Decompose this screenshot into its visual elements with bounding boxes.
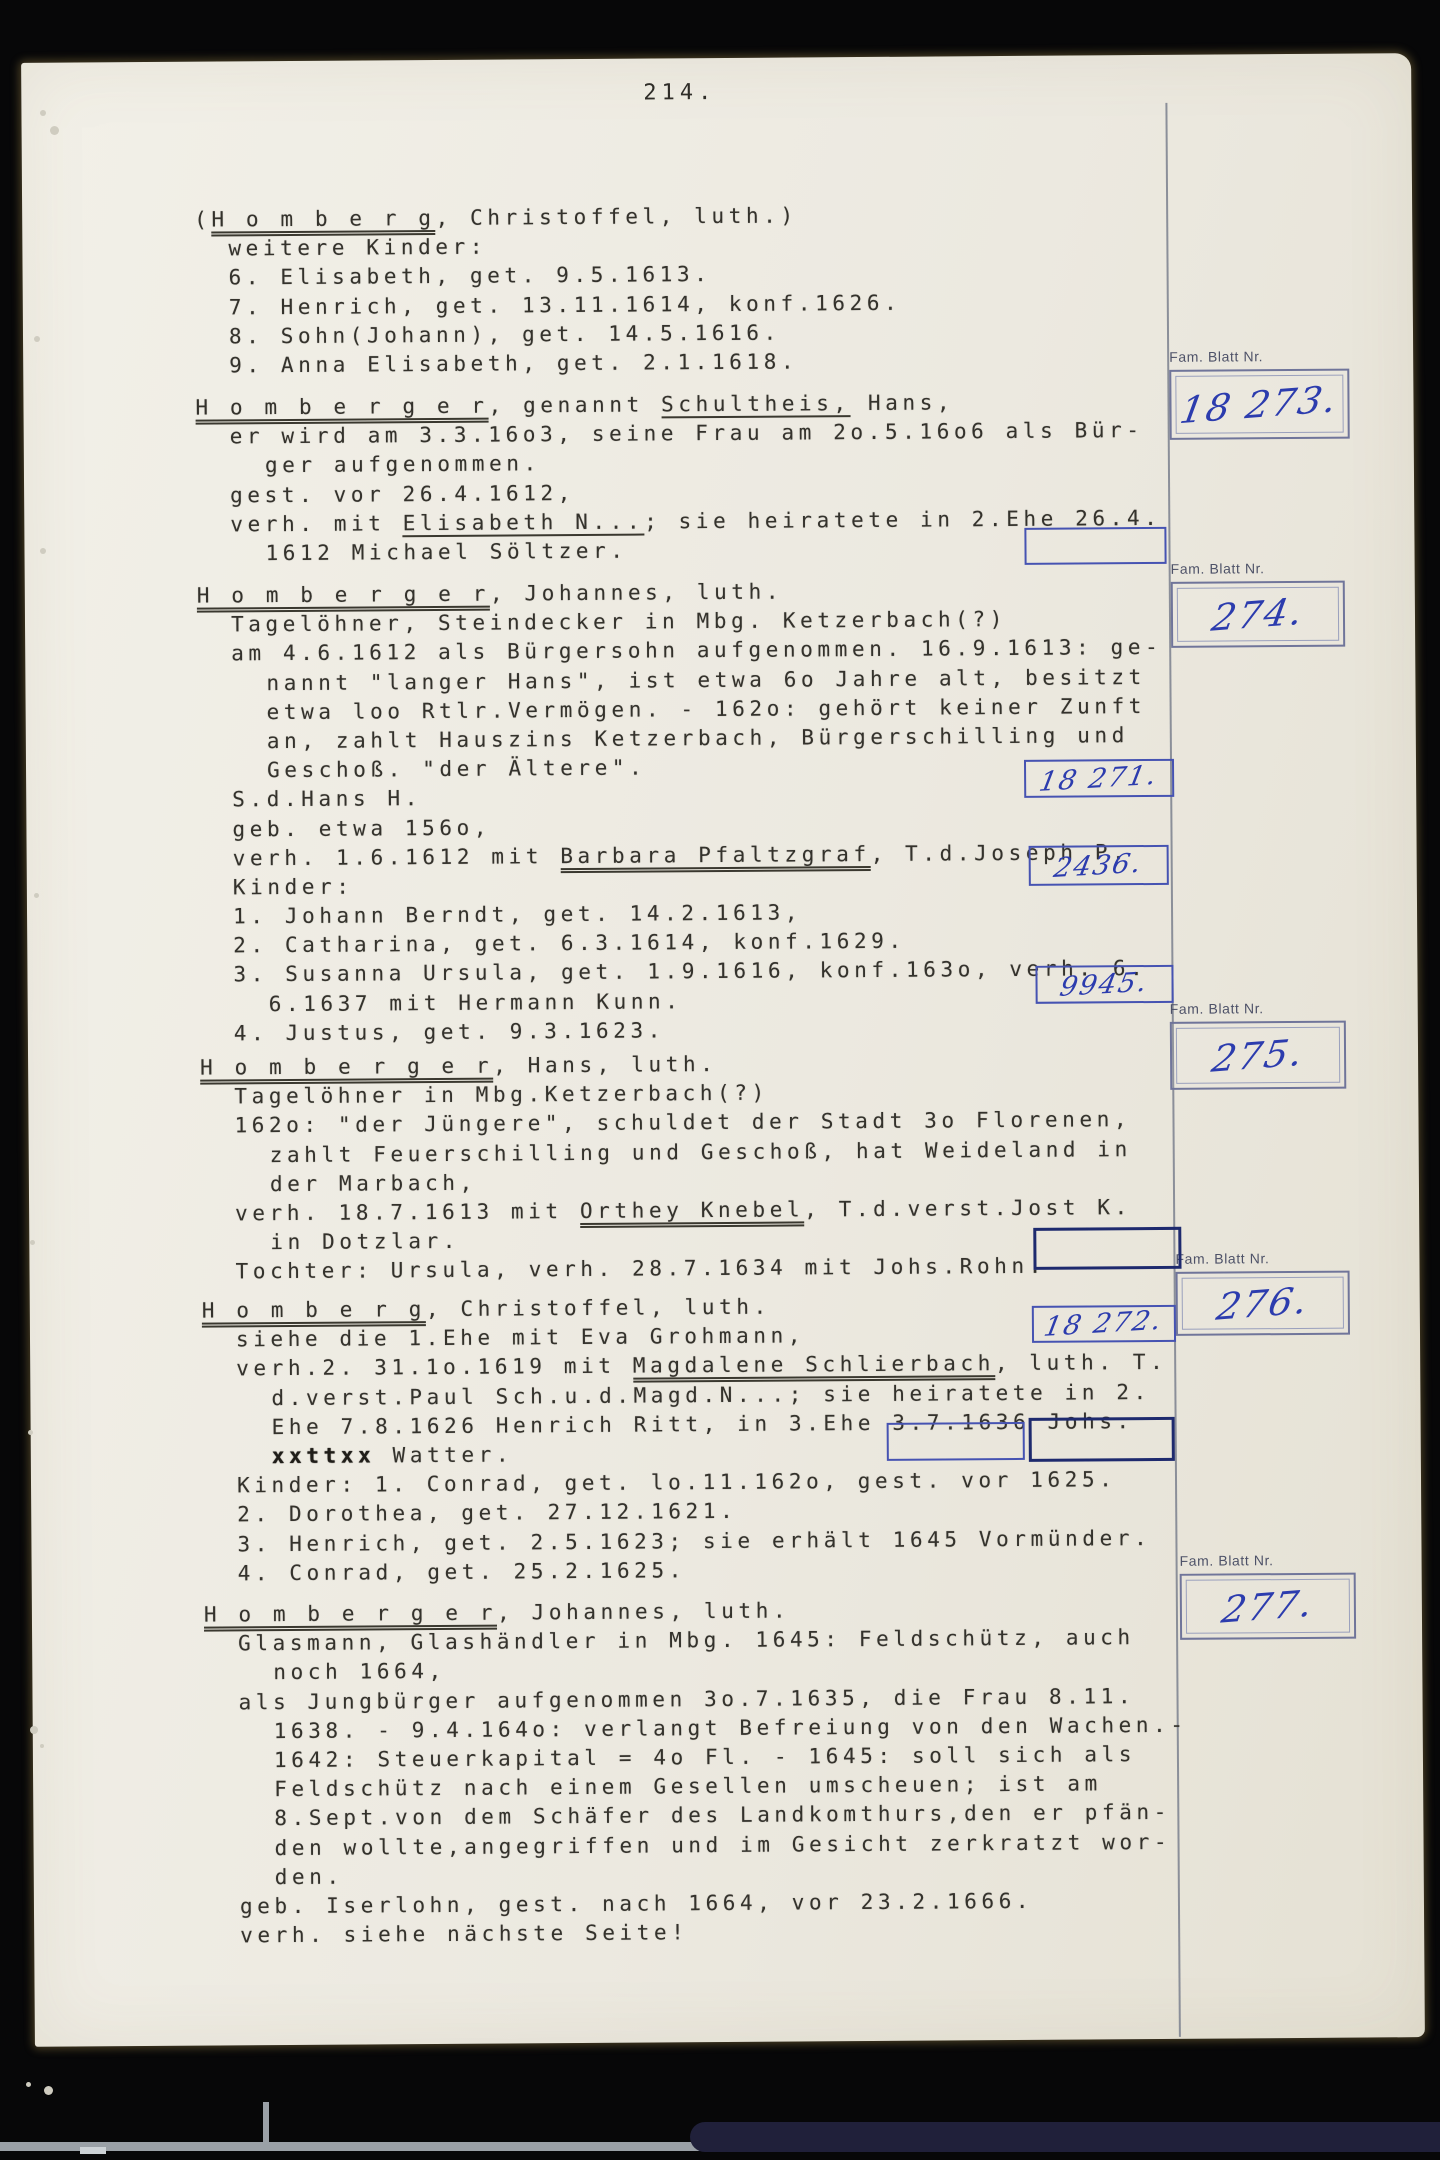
text-segment: d.verst.Paul Sch.u.d.Magd.N...; sie heir… <box>271 1380 1151 1410</box>
text-segment: etwa loo Rtlr.Vermögen. - 162o: gehört k… <box>267 694 1147 724</box>
text-segment: Glasmann, Glashändler in Mbg. 1645: Feld… <box>238 1625 1135 1655</box>
underlined-text: Barbara Pfaltzgraf <box>560 842 871 873</box>
text-segment: er wird am 3.3.16o3, seine Frau am 2o.5.… <box>230 418 1144 448</box>
text-segment: , Johannes, luth. <box>490 580 783 606</box>
text-segment: der Marbach, <box>270 1170 477 1195</box>
text-line: 9. Anna Elisabeth, get. 2.1.1618. <box>195 345 1195 381</box>
dust-speck <box>40 1744 44 1748</box>
text-segment: Tagelöhner, Steindecker in Mbg. Ketzerba… <box>231 607 1007 636</box>
dust-speck <box>28 1430 33 1435</box>
text-segment: Hans, <box>851 390 955 415</box>
text-segment: ( <box>194 208 211 232</box>
reference-box: 18 271. <box>1024 759 1174 798</box>
text-segment: 9. Anna Elisabeth, get. 2.1.1618. <box>229 349 798 377</box>
empty-reference-box <box>1033 1227 1181 1270</box>
fam-blatt-stamp: Fam. Blatt Nr. 18 273. <box>1169 348 1350 440</box>
page-number: 214. <box>643 80 716 106</box>
text-segment: , genannt <box>489 392 662 417</box>
text-segment: noch 1664, <box>273 1659 446 1684</box>
fam-blatt-stamp: Fam. Blatt Nr. 275. <box>1170 1000 1347 1090</box>
text-line: 4. Conrad, get. 25.2.1625. <box>204 1552 1204 1588</box>
fam-blatt-nr-label: Fam. Blatt Nr. <box>1170 1000 1346 1017</box>
fam-blatt-nr-label: Fam. Blatt Nr. <box>1171 560 1345 577</box>
text-segment: , Christoffel, luth. <box>426 1295 771 1321</box>
stamp-box: 277. <box>1180 1573 1356 1640</box>
text-segment: geb. Iserlohn, gest. nach 1664, vor 23.2… <box>240 1889 1033 1919</box>
text-segment: , Hans, luth. <box>493 1052 717 1078</box>
text-segment: Geschoß. "der Ältere". <box>267 756 647 783</box>
fam-blatt-stamp: Fam. Blatt Nr. 276. <box>1175 1250 1350 1336</box>
dust-speck <box>40 110 46 116</box>
text-segment: 4. Justus, get. 9.3.1623. <box>234 1018 665 1045</box>
dust-speck <box>34 336 40 342</box>
reference-box: 9945. <box>1035 965 1173 1004</box>
film-edge-bar <box>690 2122 1440 2152</box>
text-segment: in Dotzlar. <box>270 1229 460 1254</box>
fam-blatt-stamp: Fam. Blatt Nr. 277. <box>1180 1552 1357 1640</box>
reference-box: 2436. <box>1029 845 1169 886</box>
text-segment: Feldschütz nach einem Gesellen umscheuen… <box>274 1771 1102 1801</box>
text-segment: 1638. - 9.4.164o: verlangt Befreiung von… <box>274 1713 1188 1743</box>
text-segment: 6.1637 mit Hermann Kunn. <box>269 989 683 1016</box>
underlined-text: H o m b e r g e r <box>204 1601 497 1632</box>
text-segment: 2. Dorothea, get. 27.12.1621. <box>237 1499 737 1526</box>
dust-speck <box>26 2082 31 2087</box>
text-segment: 1612 Michael Söltzer. <box>265 539 627 566</box>
text-segment: zahlt Feuerschilling und Geschoß, hat We… <box>270 1137 1132 1167</box>
text-segment: 8.Sept.von dem Schäfer des Landkomthurs,… <box>274 1800 1171 1830</box>
handwritten-number: 276. <box>1213 1278 1312 1328</box>
text-segment: , Christoffel, luth.) <box>436 203 798 230</box>
fam-blatt-nr-label: Fam. Blatt Nr. <box>1169 348 1349 365</box>
dust-speck <box>34 893 39 898</box>
text-segment: 4. Conrad, get. 25.2.1625. <box>238 1558 686 1585</box>
reference-box: 18 272. <box>1032 1305 1176 1343</box>
text-segment: den wollte,angegriffen und im Gesicht ze… <box>274 1829 1171 1859</box>
text-segment: 7. Henrich, get. 13.11.1614, konf.1626. <box>229 290 902 319</box>
text-segment: am 4.6.1612 als Bürgersohn aufgenommen. … <box>231 635 1162 665</box>
text-segment: S.d.Hans H. <box>232 786 422 811</box>
stamp-box: 275. <box>1170 1021 1346 1090</box>
text-segment: 162o: "der Jüngere", schuldet der Stadt … <box>234 1108 1131 1138</box>
fam-blatt-stamp: Fam. Blatt Nr. 274. <box>1171 560 1346 648</box>
text-segment: Watter. <box>375 1442 513 1467</box>
stamp-box: 18 273. <box>1169 369 1349 440</box>
handwritten-number: 2436. <box>1052 847 1146 883</box>
text-line: verh. siehe nächste Seite! <box>206 1915 1206 1951</box>
text-segment: nannt "langer Hans", ist etwa 6o Jahre a… <box>266 665 1146 695</box>
text-segment: an, zahlt Hauszins Ketzerbach, Bürgersch… <box>267 723 1129 753</box>
handwritten-number: 274. <box>1208 589 1307 639</box>
scanner-ruler-mark <box>80 2147 106 2154</box>
text-segment: 6. Elisabeth, get. 9.5.1613. <box>229 262 712 289</box>
empty-reference-box <box>887 1422 1025 1461</box>
underlined-text: H o m b e r g e r <box>197 582 490 613</box>
text-segment: verh. 1.6.1612 mit <box>233 844 561 870</box>
underlined-text: Elisabeth N... <box>403 509 645 537</box>
text-segment: 3. Henrich, get. 2.5.1623; sie erhält 16… <box>237 1526 1151 1556</box>
stamp-box: 276. <box>1176 1271 1350 1336</box>
text-segment: gest. vor 26.4.1612, <box>230 481 575 507</box>
underlined-text: H o m b e r g <box>202 1297 426 1328</box>
handwritten-number: 18 273. <box>1177 377 1342 432</box>
underlined-text: H o m b e r g <box>211 206 435 237</box>
empty-reference-box <box>1029 1417 1175 1462</box>
underlined-text: Magdalene Schlierbach <box>633 1351 995 1383</box>
text-segment: verh. siehe nächste Seite! <box>240 1920 688 1947</box>
scanner-ruler-tick <box>263 2102 269 2148</box>
text-segment: 1642: Steuerkapital = 4o Fl. - 1645: sol… <box>274 1742 1136 1772</box>
text-segment: Tochter: Ursula, verh. 28.7.1634 mit Joh… <box>235 1254 1046 1284</box>
text-segment: , T.d.verst.Jost K. <box>804 1195 1132 1221</box>
text-segment: 8. Sohn(Johann), get. 14.5.1616. <box>229 320 781 348</box>
text-segment: Kinder: 1. Conrad, get. lo.11.162o, gest… <box>237 1467 1117 1497</box>
handwritten-number: 9945. <box>1057 966 1151 1002</box>
text-segment: Kinder: <box>233 874 354 899</box>
dust-speck <box>30 1726 38 1734</box>
text-segment: verh. mit <box>230 511 403 536</box>
fam-blatt-nr-label: Fam. Blatt Nr. <box>1175 1250 1349 1267</box>
record-homberg-christoffel-children: (H o m b e r g, Christoffel, luth.)weite… <box>194 199 1195 381</box>
text-line: 4. Justus, get. 9.3.1623. <box>200 1012 1200 1048</box>
text-segment: , luth. T. <box>995 1350 1168 1375</box>
text-segment: siehe die 1.Ehe mit Eva Grohmann, <box>236 1324 805 1352</box>
text-segment: geb. etwa 156o, <box>232 815 491 841</box>
dust-speck <box>50 126 59 135</box>
text-segment: 1. Johann Berndt, get. 14.2.1613, <box>233 901 802 929</box>
text-segment: als Jungbürger aufgenommen 3o.7.1635, di… <box>238 1684 1135 1714</box>
underlined-text: Schultheis, <box>661 391 851 418</box>
scanned-document-photo: { "page": { "number": "214." }, "fam_bla… <box>0 0 1440 2160</box>
empty-reference-box <box>1024 527 1166 565</box>
text-segment: 3. Susanna Ursula, get. 1.9.1616, konf.1… <box>233 956 1147 986</box>
text-segment: weitere Kinder: <box>228 235 487 261</box>
fam-blatt-nr-label: Fam. Blatt Nr. <box>1180 1552 1356 1569</box>
stamp-box: 274. <box>1171 581 1345 648</box>
text-segment: den. <box>275 1864 344 1888</box>
dust-speck <box>44 2086 53 2095</box>
underlined-text: H o m b e r g e r <box>200 1054 493 1085</box>
text-segment: Tagelöhner in Mbg.Ketzerbach(?) <box>234 1081 769 1109</box>
handwritten-number: 275. <box>1208 1030 1307 1080</box>
text-segment: ger aufgenommen. <box>265 452 541 478</box>
struck-text: xxttxx <box>272 1443 376 1468</box>
dust-speck <box>40 548 46 554</box>
record-homberger-johannes-glasmann: H o m b e r g e r, Johannes, luth.Glasma… <box>204 1594 1206 1951</box>
text-segment: verh. 18.7.1613 mit <box>235 1199 580 1225</box>
underlined-text: Orthey Knebel <box>580 1197 804 1228</box>
text-segment: 2. Catharina, get. 6.3.1614, konf.1629. <box>233 929 906 958</box>
handwritten-number: 18 271. <box>1037 759 1161 797</box>
handwritten-number: 277. <box>1218 1581 1317 1631</box>
text-segment: verh.2. 31.1o.1619 mit <box>236 1354 633 1381</box>
dust-speck <box>30 1240 35 1245</box>
underlined-text: H o m b e r g e r <box>195 394 488 425</box>
handwritten-number: 18 272. <box>1042 1305 1166 1343</box>
document-page: 214. (H o m b e r g, Christoffel, luth.)… <box>21 53 1425 2047</box>
text-segment: , Johannes, luth. <box>497 1599 790 1625</box>
